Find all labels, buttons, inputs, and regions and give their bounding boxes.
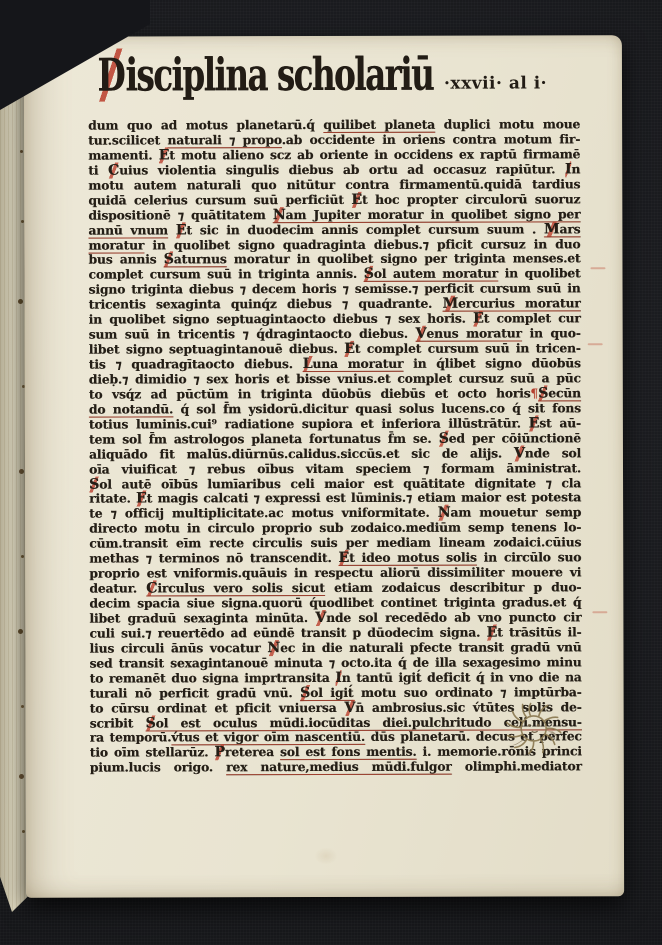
text-line: culi sui.⁊ reuertēdo ad eūndē transit p … xyxy=(89,624,581,640)
text-line: in quolibet signo septuagintaocto diebus… xyxy=(89,311,581,327)
page-heading: Disciplina scholariū ·xxvii· al i· xyxy=(96,47,606,112)
text-line: ti Cuius violentia singulis diebus ab or… xyxy=(88,161,580,177)
text-line: oīa viuificat ⁊ rebus oībus vitam specie… xyxy=(89,460,581,476)
page-title-text: isciplina scholariū xyxy=(125,48,433,102)
text-line: dispositionē ⁊ quātitatem Nam Jupiter mo… xyxy=(88,206,580,222)
text-line: sed transit sexagintanouē minuta ⁊ octo.… xyxy=(89,654,581,670)
text-line: complet cursum suū in triginta annis. So… xyxy=(88,266,580,282)
text-line: te ⁊ officij multiplicitate.ac motus vni… xyxy=(89,505,581,521)
text-line: tem sol f̄m astrologos planeta fortunatu… xyxy=(89,430,581,446)
text-line: aliquādo fit malūs.diūrnūs.calidus.siccū… xyxy=(89,445,581,461)
binding-stitches xyxy=(20,150,23,153)
sun-icon xyxy=(496,691,574,765)
text-line: dum quo ad motus planetarū.q́ quilibet p… xyxy=(88,116,580,132)
text-line: proprio est vniformis.quāuis in respectu… xyxy=(89,564,581,580)
text-line: sum suū in tricentis ⁊ q́dragintaocto di… xyxy=(89,325,581,341)
page-title: Disciplina scholariū xyxy=(96,48,433,102)
text-line: lius circuli ānūs vocatur Nec in die nat… xyxy=(89,639,581,655)
rubricated-initial: D xyxy=(96,49,126,102)
folio-number: ·xxvii· al i· xyxy=(444,73,547,93)
text-line: annū vnum Et sic in duodecim annis compl… xyxy=(88,221,580,237)
text-line: tis ⁊ quadragītaocto diebus. Luna moratu… xyxy=(89,355,581,371)
book-page: Disciplina scholariū ·xxvii· al i· dum q… xyxy=(24,35,624,898)
text-line: methas ⁊ terminos nō transcendit. Et ide… xyxy=(89,550,581,566)
text-line: do notandū. q́ sol f̄m ysidorū.dicitur q… xyxy=(89,400,581,416)
rubric-margin-mark xyxy=(588,343,603,345)
text-line: Sol autē oībūs lumīaribus celi maior est… xyxy=(89,475,581,491)
text-line: libet signo septuagintanouē diebus. Et c… xyxy=(89,340,581,356)
text-line: directo motu in circulo proprio sub zoda… xyxy=(89,520,581,536)
text-line: decim spacia siue signa.quorū q́uodlibet… xyxy=(89,594,581,610)
text-line: mamenti. Et motu alieno scz ab oriente i… xyxy=(88,146,580,162)
text-line: signo triginta diebus ⁊ decem horis ⁊ se… xyxy=(89,281,581,297)
text-line: bus annis Saturnus moratur in quolibet s… xyxy=(88,251,580,267)
text-line: tur.scilicet naturali ⁊ propo.ab occiden… xyxy=(88,131,580,147)
text-line: cūm.transit eīm recte circulis suis per … xyxy=(89,535,581,551)
text-line: tricentis sexaginta quinq́z diebus ⁊ qua… xyxy=(89,296,581,312)
rubric-margin-mark xyxy=(590,267,605,269)
text-line: libet graduū sexaginta minūta. Vnde sol … xyxy=(89,609,581,625)
text-line: to remanēt duo signa imprtransita In tan… xyxy=(90,669,582,685)
rubric-margin-mark xyxy=(592,611,607,613)
text-line: to vsq́z ad pūctūm in triginta dūobūs di… xyxy=(89,385,581,401)
text-block: dum quo ad motus planetarū.q́ quilibet p… xyxy=(88,116,582,775)
text-line: moratur in quolibet signo quadraginta di… xyxy=(88,236,580,252)
text-line: ritate. Et magis calcati ⁊ expressi est … xyxy=(89,490,581,506)
text-line: motu autem naturali quo nitūtur contra f… xyxy=(88,176,580,192)
text-line: quidā celerius cursum suū perficiūt Et h… xyxy=(88,191,580,207)
photo-background: Disciplina scholariū ·xxvii· al i· dum q… xyxy=(0,0,662,945)
text-line: totius luminis.cui⁹ radiatione supiora e… xyxy=(89,415,581,431)
text-line: dieḅ.⁊ dimidio ⁊ sex horis et bisse vniu… xyxy=(89,370,581,386)
text-line: deatur. Circulus vero solis sicut etiam … xyxy=(89,579,581,595)
